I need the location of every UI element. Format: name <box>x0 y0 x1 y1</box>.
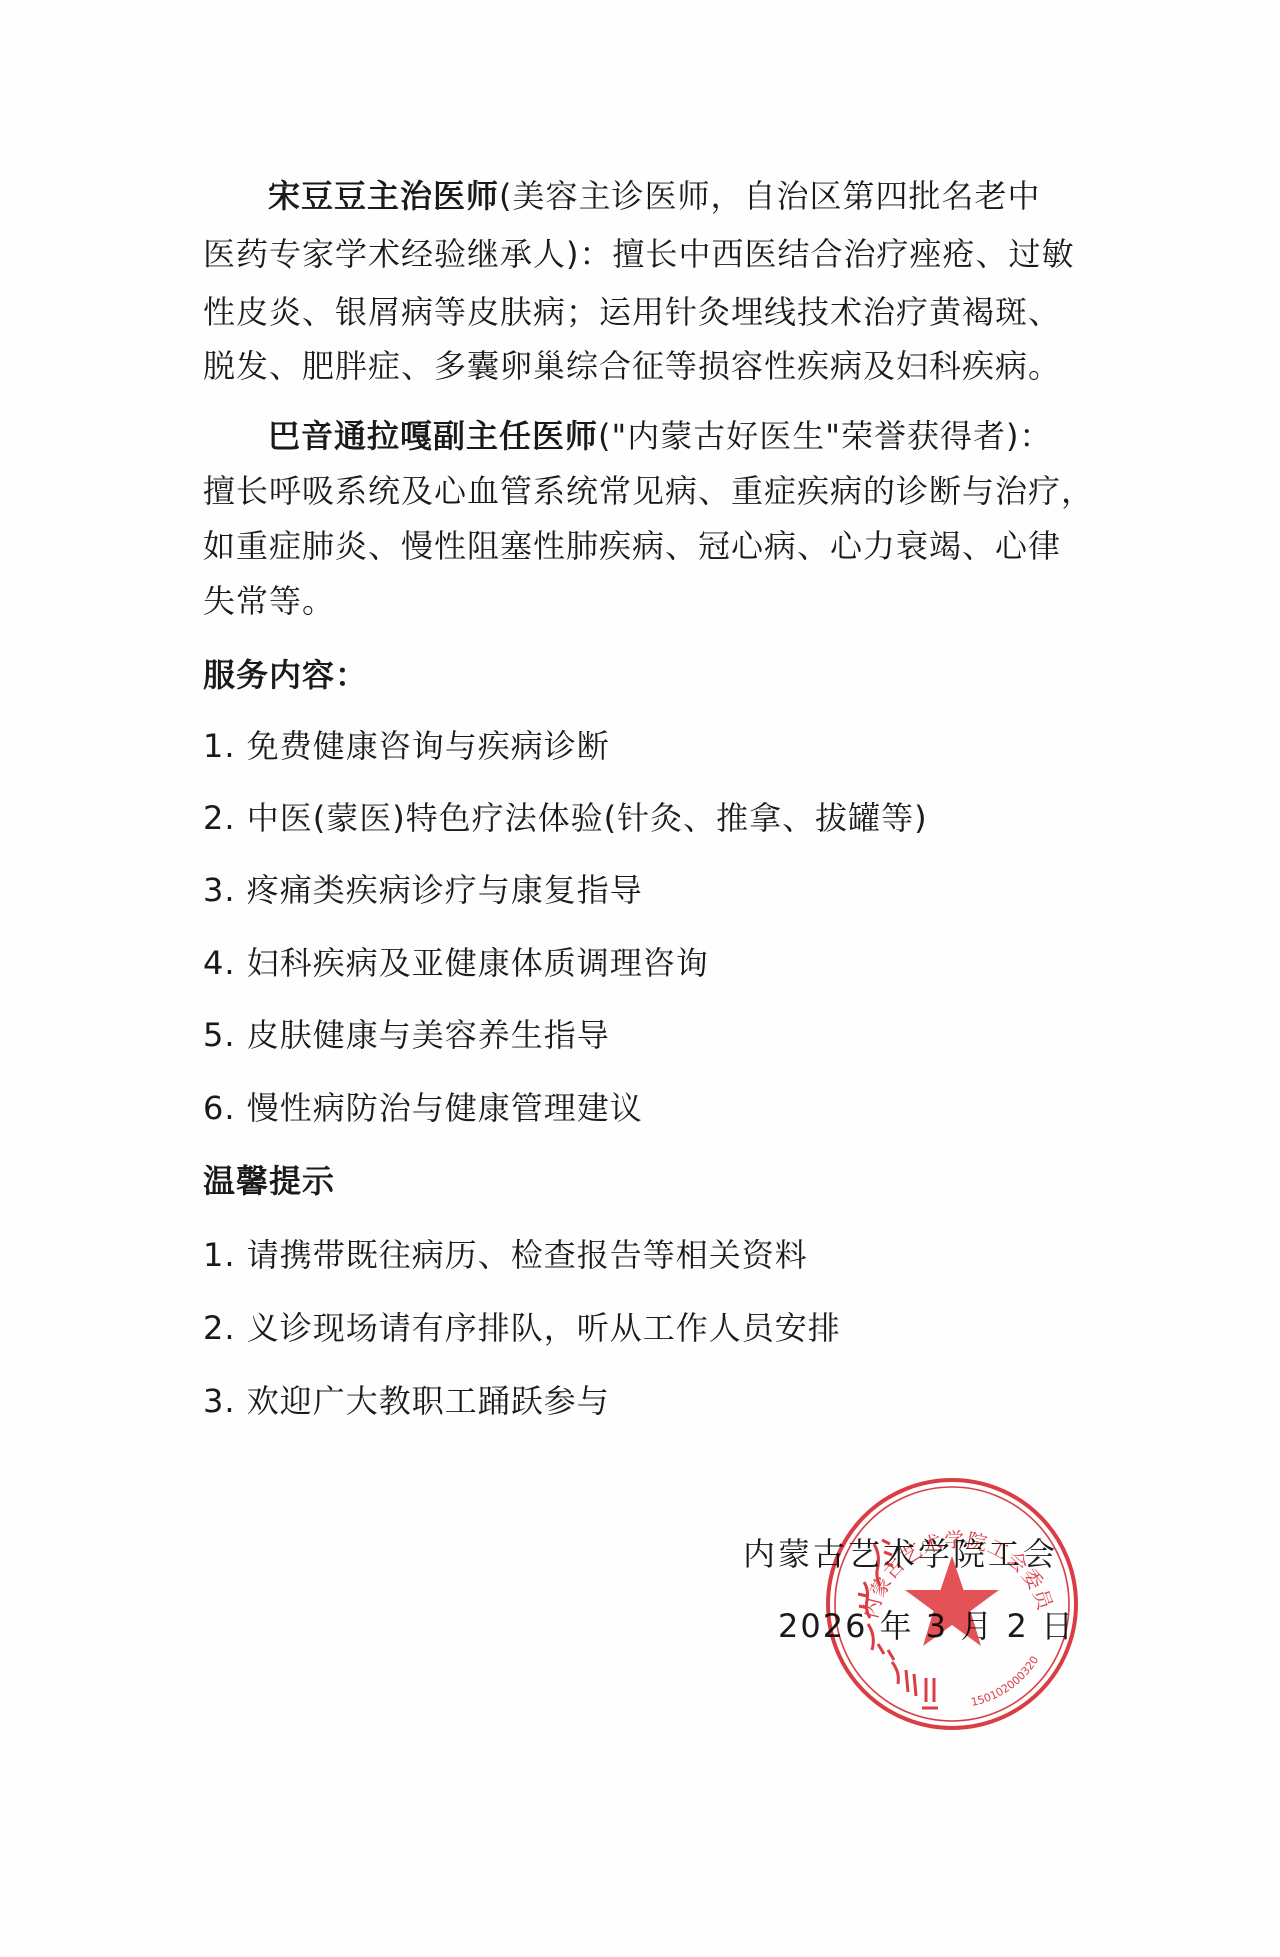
doctor-1-line-2: 医药专家学术经验继承人)：擅长中西医结合治疗痤疮、过敏 <box>203 234 1075 274</box>
doctor-1-name: 宋豆豆主治医师 <box>268 177 499 215</box>
doctor-2-line-3: 如重症肺炎、慢性阻塞性肺疾病、冠心病、心力衰竭、心律 <box>203 526 1061 566</box>
tips-heading: 温馨提示 <box>203 1161 335 1201</box>
service-item-2: 2. 中医(蒙医)特色疗法体验(针灸、推拿、拔罐等) <box>203 798 928 838</box>
doctor-1-line-4: 脱发、肥胖症、多囊卵巢综合征等损容性疾病及妇科疾病。 <box>203 346 1061 386</box>
doctor-1-text: (美容主诊医师，自治区第四批名老中 <box>499 177 1041 215</box>
document-page: 宋豆豆主治医师(美容主诊医师，自治区第四批名老中 医药专家学术经验继承人)：擅长… <box>0 0 1280 1957</box>
services-heading: 服务内容： <box>203 655 368 695</box>
service-item-3: 3. 疼痛类疾病诊疗与康复指导 <box>203 870 643 910</box>
official-seal-stamp: 内蒙古艺术学院工会委员会 150102000320 <box>822 1474 1082 1734</box>
tip-item-2: 2. 义诊现场请有序排队，听从工作人员安排 <box>203 1308 841 1348</box>
doctor-2-line-1: 巴音通拉嘎副主任医师("内蒙古好医生"荣誉获得者)： <box>268 416 1052 456</box>
seal-star-icon <box>905 1556 999 1646</box>
service-item-4: 4. 妇科疾病及亚健康体质调理咨询 <box>203 943 709 983</box>
service-item-1: 1. 免费健康咨询与疾病诊断 <box>203 726 610 766</box>
doctor-1-line-3: 性皮炎、银屑病等皮肤病；运用针灸埋线技术治疗黄褐斑、 <box>203 292 1061 332</box>
doctor-1-line-1: 宋豆豆主治医师(美容主诊医师，自治区第四批名老中 <box>268 176 1041 216</box>
doctor-2-line-2: 擅长呼吸系统及心血管系统常见病、重症疾病的诊断与治疗， <box>203 471 1094 511</box>
service-item-6: 6. 慢性病防治与健康管理建议 <box>203 1088 643 1128</box>
service-item-5: 5. 皮肤健康与美容养生指导 <box>203 1015 610 1055</box>
doctor-2-name: 巴音通拉嘎副主任医师 <box>268 417 598 455</box>
tip-item-3: 3. 欢迎广大教职工踊跃参与 <box>203 1381 610 1421</box>
tip-item-1: 1. 请携带既往病历、检查报告等相关资料 <box>203 1235 808 1275</box>
doctor-2-line-4: 失常等。 <box>203 581 335 621</box>
doctor-2-text: ("内蒙古好医生"荣誉获得者)： <box>598 417 1052 455</box>
